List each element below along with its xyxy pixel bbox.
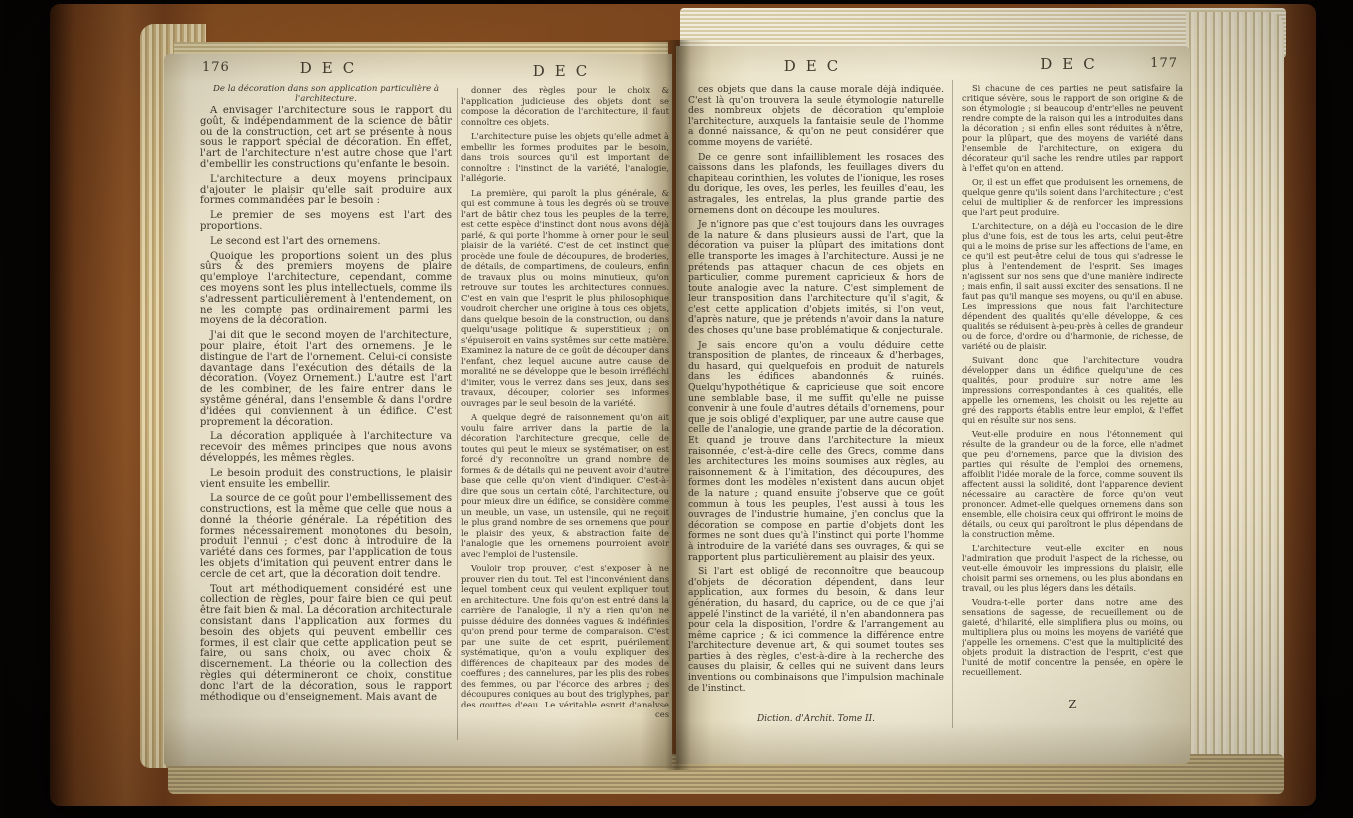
paragraph: Voudra-t-elle porter dans notre ame des …	[962, 597, 1183, 677]
text-column-4: Si chacune de ces parties ne peut satisf…	[962, 83, 1183, 695]
paragraph: La décoration appliquée à l'architecture…	[200, 432, 452, 464]
column-rule-left-page	[457, 88, 458, 740]
running-head-left-col1: DEC	[232, 59, 432, 77]
paragraph: Or, il est un effet que produisent les o…	[962, 177, 1183, 217]
paragraph: Le second est l'art des ornemens.	[200, 237, 452, 248]
text-column-3: ces objets que dans la cause morale déjà…	[688, 85, 944, 711]
paragraph: L'architecture a deux moyens principaux …	[200, 175, 452, 207]
paragraph: L'architecture, on a déjà eu l'occasion …	[962, 221, 1183, 351]
running-head-right-col1: DEC	[688, 57, 944, 75]
paragraph: Tout art méthodiquement considéré est un…	[200, 585, 452, 704]
paragraph: A envisager l'architecture sous le rappo…	[200, 106, 452, 171]
section-heading: De la décoration dans son application pa…	[200, 84, 452, 104]
catchword: ces	[461, 709, 669, 719]
text-column-2: donner des règles pour le choix & l'appl…	[461, 85, 669, 707]
text-column-1: A envisager l'architecture sous le rappo…	[200, 106, 452, 748]
volume-footer: Diction. d'Archit. Tome II.	[688, 714, 944, 724]
paragraph: Le premier de ses moyens est l'art des p…	[200, 211, 452, 233]
paragraph: La source de ce goût pour l'embellisseme…	[200, 494, 452, 580]
paragraph: L'architecture puise les objets qu'elle …	[461, 131, 669, 184]
paragraph: donner des règles pour le choix & l'appl…	[461, 85, 669, 127]
paragraph: Je n'ignore pas que c'est toujours dans …	[688, 220, 944, 337]
paragraph: ces objets que dans la cause morale déjà…	[688, 85, 944, 149]
book-photo: 176 DEC DEC De la décoration dans son ap…	[0, 0, 1353, 818]
paragraph: A quelque degré de raisonnement qu'on ai…	[461, 412, 669, 559]
signature-mark: Z	[962, 698, 1183, 711]
paragraph: De ce genre sont infailliblement les ros…	[688, 153, 944, 217]
paragraph: Quoique les proportions soient un des pl…	[200, 252, 452, 328]
paragraph: Si chacune de ces parties ne peut satisf…	[962, 83, 1183, 173]
page-number-right: 177	[1108, 56, 1178, 71]
paragraph: Suivant donc que l'architecture voudra d…	[962, 355, 1183, 425]
column-rule-right-page	[952, 80, 953, 728]
paragraph: L'architecture veut-elle exciter en nous…	[962, 543, 1183, 593]
page-number-left: 176	[202, 60, 230, 75]
paragraph: La première, qui paroît la plus générale…	[461, 188, 669, 409]
running-head-left-col2: DEC	[461, 62, 669, 80]
paragraph: J'ai dit que le second moyen de l'archit…	[200, 331, 452, 428]
paragraph: Je sais encore qu'on a voulu déduire cet…	[688, 341, 944, 563]
paragraph: Veut-elle produire en nous l'étonnement …	[962, 429, 1183, 539]
paragraph: Le besoin produit des constructions, le …	[200, 469, 452, 491]
page-edge-stack-right	[1186, 12, 1284, 790]
paragraph: Si l'art est obligé de reconnoître que b…	[688, 567, 944, 694]
paragraph: Vouloir trop prouver, c'est s'exposer à …	[461, 563, 669, 707]
